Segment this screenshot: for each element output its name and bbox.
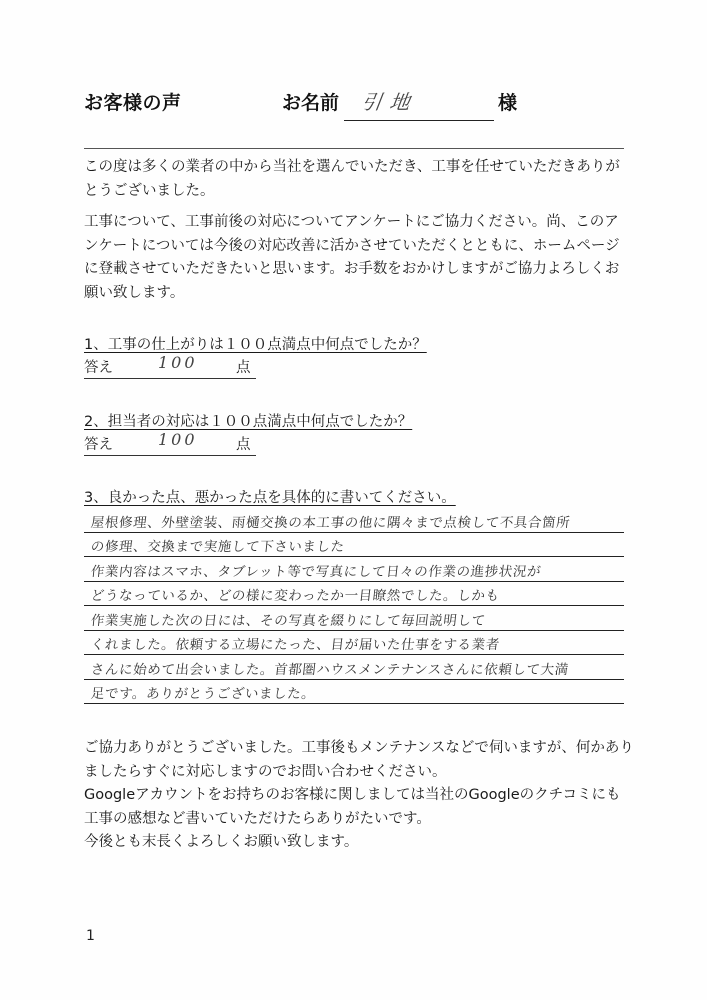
ruled-line: どうなっているか、どの様に変わったか一目瞭然でした。しかも	[84, 582, 624, 607]
question-1-label: 1、工事の仕上がりは１００点満点中何点でしたか？	[84, 333, 427, 354]
answer-unit: 点	[236, 433, 251, 454]
name-label: お名前	[282, 88, 339, 115]
closing-paragraph: 今後とも末長くよろしくお願い致します。	[84, 831, 634, 855]
question-2-answer: 答え 100 点	[84, 431, 256, 456]
intro-paragraph: この度は多くの業者の中から当社を選んでいただき、工事を任せていただきありがとうご…	[84, 156, 629, 203]
handwritten-line: くれました。依頼する立場にたった、目が届いた仕事をする業者	[90, 633, 501, 653]
question-2-label: 2、担当者の対応は１００点満点中何点でしたか？	[84, 410, 412, 431]
free-text-answer: 屋根修理、外壁塗装、雨樋交換の本工事の他に隅々まで点検して不具合箇所 の修理、交…	[84, 508, 624, 704]
ruled-line: 屋根修理、外壁塗装、雨樋交換の本工事の他に隅々まで点検して不具合箇所	[84, 508, 624, 533]
handwritten-line: さんに始めて出会いました。首都圏ハウスメンテナンスさんに依頼して大満	[90, 658, 570, 678]
handwritten-line: 足です。ありがとうございました。	[90, 682, 317, 702]
handwritten-line: 屋根修理、外壁塗装、雨樋交換の本工事の他に隅々まで点検して不具合箇所	[90, 511, 572, 531]
page-header: お客様の声 お名前 引地 様	[84, 88, 624, 124]
question-1-answer: 答え 100 点	[84, 354, 256, 379]
closing-paragraph: Googleアカウントをお持ちのお客様に関しましては当社のGoogleのクチコミ…	[84, 784, 634, 831]
ruled-line: 作業実施した次の日には、その写真を綴りにして毎回説明して	[84, 606, 624, 631]
handwritten-line: の修理、交換まで実施して下さいました	[90, 535, 346, 555]
handwritten-line: 作業実施した次の日には、その写真を綴りにして毎回説明して	[90, 609, 487, 629]
ruled-line: くれました。依頼する立場にたった、目が届いた仕事をする業者	[84, 631, 624, 656]
name-field-line	[344, 120, 494, 121]
survey-page: お客様の声 お名前 引地 様 この度は多くの業者の中から当社を選んでいただき、工…	[0, 0, 707, 1000]
honorific-label: 様	[498, 88, 517, 115]
ruled-line: さんに始めて出会いました。首都圏ハウスメンテナンスさんに依頼して大満	[84, 655, 624, 680]
answer-label: 答え	[84, 433, 113, 454]
question-3-label: 3、良かった点、悪かった点を具体的に書いてください。	[84, 486, 456, 507]
page-number: 1	[86, 928, 95, 944]
ruled-line: 作業内容はスマホ、タブレット等で写真にして日々の作業の進捗状況が	[84, 557, 624, 582]
page-title: お客様の声	[84, 88, 182, 115]
ruled-line: 足です。ありがとうございました。	[84, 680, 624, 705]
closing-text: ご協力ありがとうございました。工事後もメンテナンスなどで伺いますが、何かありまし…	[84, 737, 634, 855]
customer-name-handwritten: 引地	[360, 86, 420, 115]
answer-value-handwritten: 100	[158, 430, 198, 449]
header-divider	[84, 148, 624, 149]
handwritten-line: 作業内容はスマホ、タブレット等で写真にして日々の作業の進捗状況が	[90, 560, 542, 580]
intro-text: この度は多くの業者の中から当社を選んでいただき、工事を任せていただきありがとうご…	[84, 156, 629, 305]
closing-paragraph: ご協力ありがとうございました。工事後もメンテナンスなどで伺いますが、何かありまし…	[84, 737, 634, 784]
answer-label: 答え	[84, 356, 113, 377]
intro-paragraph: 工事について、工事前後の対応についてアンケートにご協力ください。尚、このアンケー…	[84, 211, 629, 305]
ruled-line: の修理、交換まで実施して下さいました	[84, 533, 624, 558]
answer-value-handwritten: 100	[158, 353, 198, 372]
handwritten-line: どうなっているか、どの様に変わったか一目瞭然でした。しかも	[90, 584, 501, 604]
answer-unit: 点	[236, 356, 251, 377]
